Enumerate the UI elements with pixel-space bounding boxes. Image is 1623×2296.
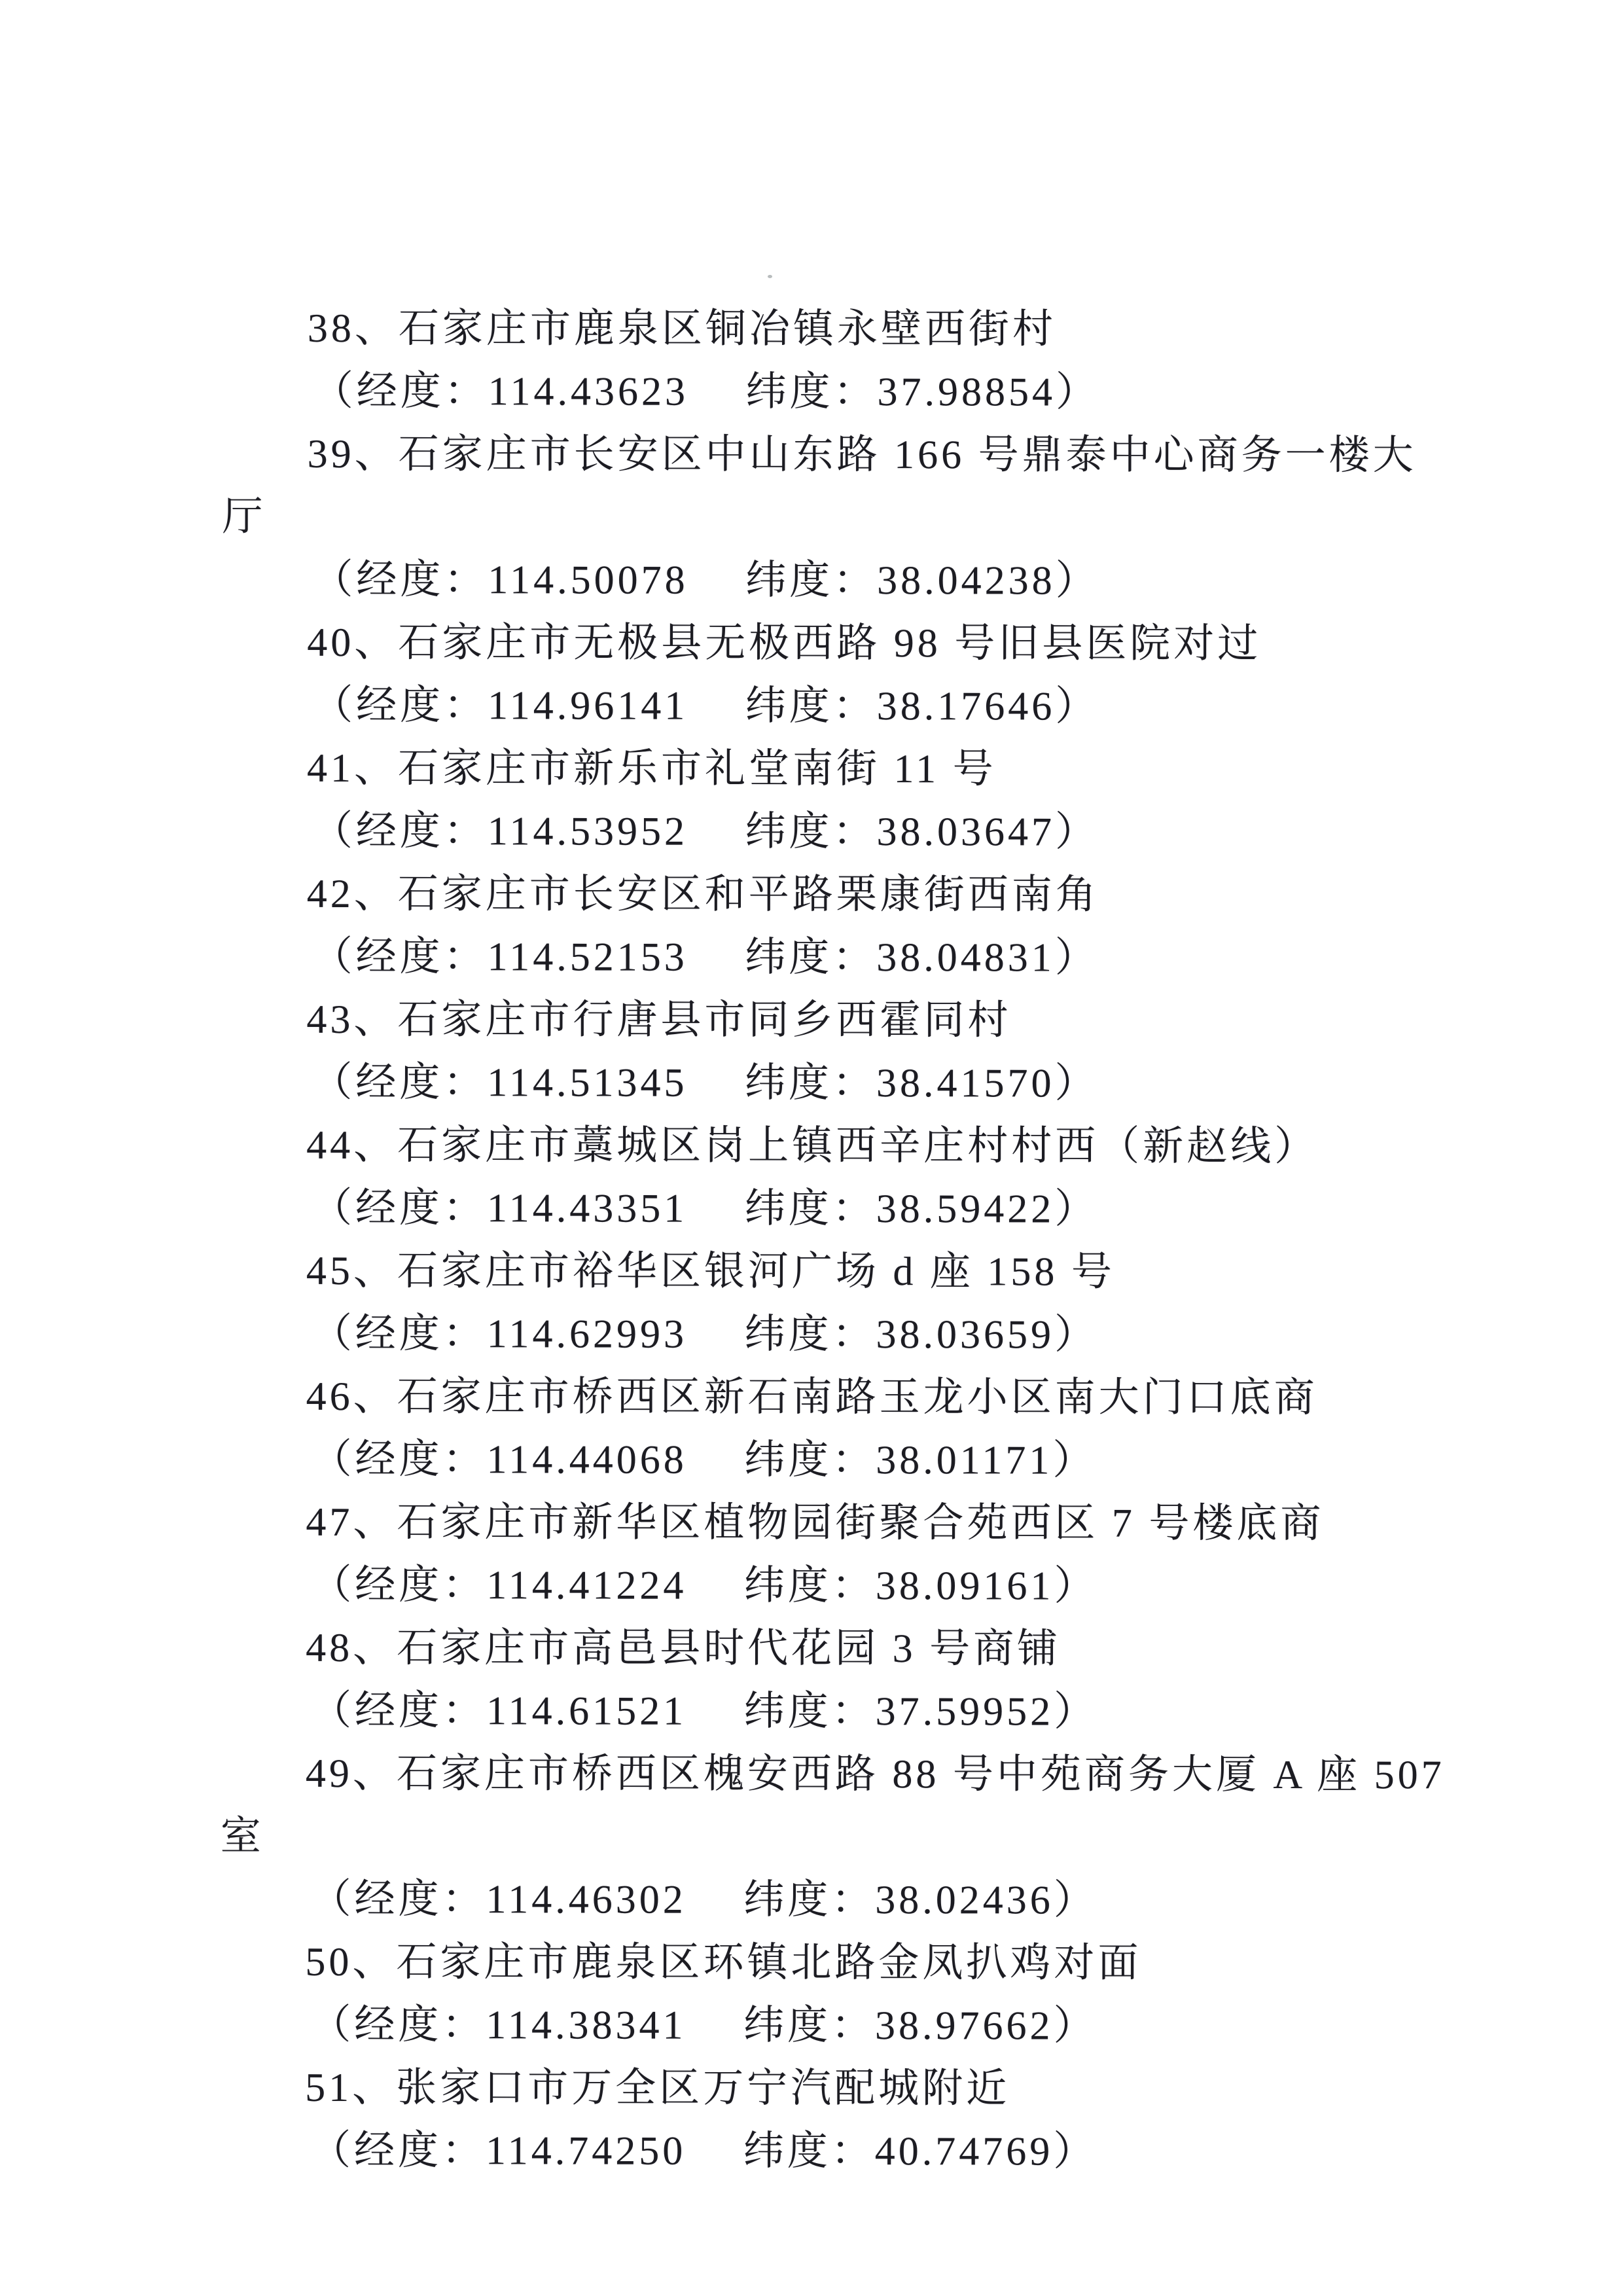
address-line: 室	[221, 1805, 1621, 1870]
coordinate-line: （经度：114.62993 纬度：38.03659）	[312, 1302, 1622, 1367]
address-line: 49、石家庄市桥西区槐安西路 88 号中苑商务大厦 A 座 507	[306, 1742, 1621, 1807]
address-line: 38、石家庄市鹿泉区铜冶镇永壁西街村	[308, 297, 1623, 362]
scan-artifact	[768, 275, 772, 278]
coordinate-line: （经度：114.52153 纬度：38.04831）	[312, 925, 1622, 990]
address-line: 39、石家庄市长安区中山东路 166 号鼎泰中心商务一楼大	[308, 423, 1623, 488]
address-line: 51、张家口市万全区万宁汽配城附近	[305, 2056, 1620, 2121]
address-line: 50、石家庄市鹿泉区环镇北路金凤扒鸡对面	[305, 1931, 1620, 1996]
coordinate-line: （经度：114.74250 纬度：40.74769）	[310, 2119, 1620, 2184]
coordinate-line: （经度：114.38341 纬度：38.97662）	[310, 1994, 1620, 2058]
coordinate-line: （经度：114.51345 纬度：38.41570）	[312, 1051, 1622, 1116]
address-line: 45、石家庄市裕华区银河广场 d 座 158 号	[306, 1240, 1622, 1304]
address-list: 38、石家庄市鹿泉区铜冶镇永壁西街村（经度：114.43623 纬度：37.98…	[0, 296, 1623, 2183]
address-line: 44、石家庄市藁城区岗上镇西辛庄村村西（新赵线）	[306, 1114, 1622, 1179]
address-line: 47、石家庄市新华区植物园街聚合苑西区 7 号楼底商	[306, 1491, 1621, 1556]
coordinate-line: （经度：114.46302 纬度：38.02436）	[311, 1868, 1621, 1933]
address-line: 42、石家庄市长安区和平路栗康街西南角	[307, 863, 1622, 927]
coordinate-line: （经度：114.44068 纬度：38.01171）	[311, 1428, 1621, 1493]
coordinate-line: （经度：114.50078 纬度：38.04238）	[312, 548, 1622, 613]
coordinate-line: （经度：114.96141 纬度：38.17646）	[312, 674, 1622, 739]
address-line: 41、石家庄市新乐市礼堂南街 11 号	[307, 737, 1622, 802]
coordinate-line: （经度：114.53952 纬度：38.03647）	[312, 800, 1622, 865]
address-line: 厅	[222, 486, 1622, 550]
coordinate-line: （经度：114.61521 纬度：37.59952）	[311, 1679, 1621, 1744]
coordinate-line: （经度：114.41224 纬度：38.09161）	[311, 1554, 1621, 1619]
coordinate-line: （经度：114.43351 纬度：38.59422）	[312, 1177, 1622, 1242]
document-page: 38、石家庄市鹿泉区铜冶镇永壁西街村（经度：114.43623 纬度：37.98…	[0, 0, 1623, 2296]
address-line: 40、石家庄市无极县无极西路 98 号旧县医院对过	[307, 611, 1622, 676]
address-line: 43、石家庄市行唐县市同乡西霍同村	[306, 988, 1622, 1053]
coordinate-line: （经度：114.43623 纬度：37.98854）	[313, 360, 1623, 425]
address-line: 48、石家庄市高邑县时代花园 3 号商铺	[306, 1617, 1621, 1681]
address-line: 46、石家庄市桥西区新石南路玉龙小区南大门口底商	[306, 1365, 1622, 1430]
